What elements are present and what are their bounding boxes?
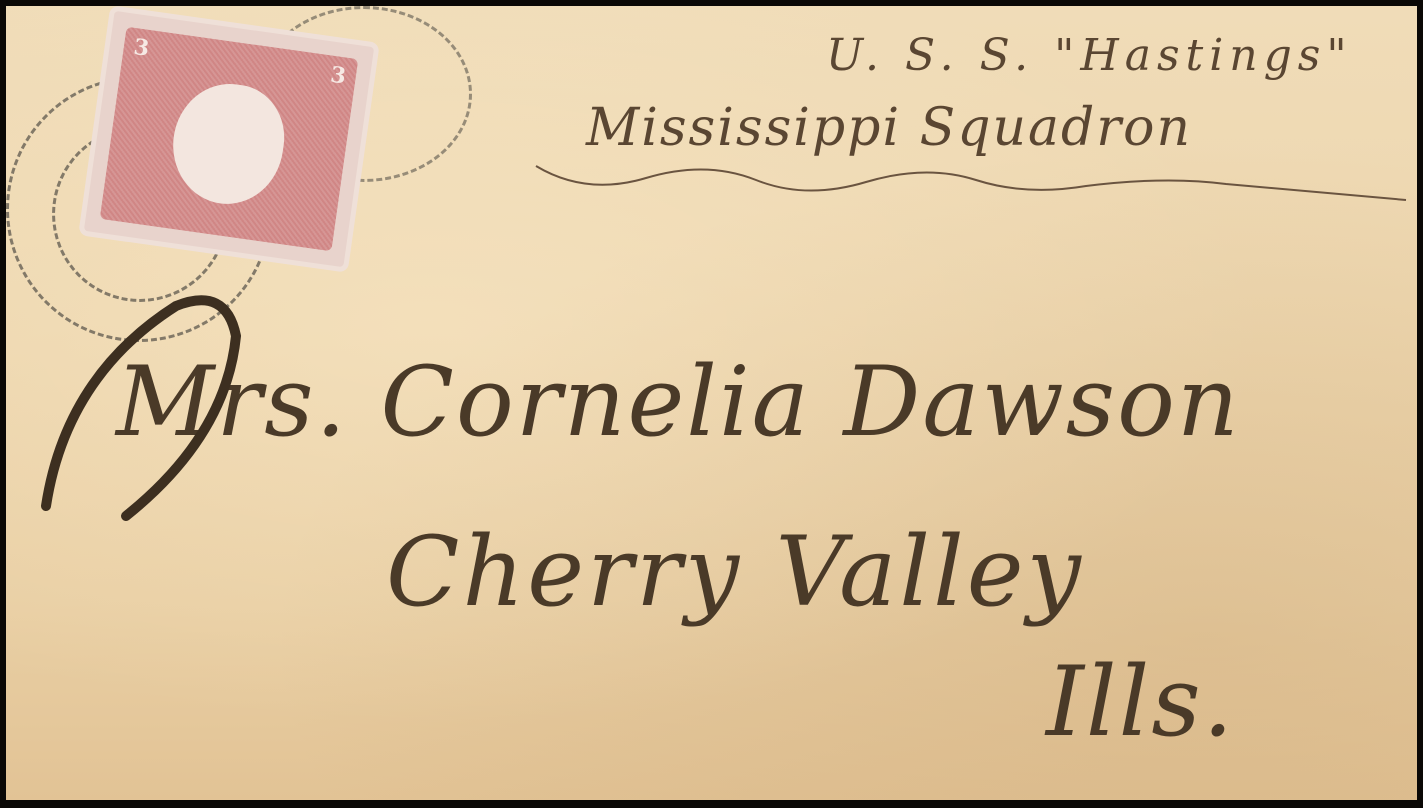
stamp-denomination-right: 3	[329, 62, 348, 90]
stamp-denomination-left: 3	[132, 34, 151, 62]
return-address-line2: Mississippi Squadron	[586, 98, 1192, 158]
recipient-city: Cherry Valley	[386, 516, 1084, 628]
stamp-portrait	[165, 77, 291, 211]
underline-flourish	[526, 156, 1417, 216]
envelope: 3 3 U. S. S. "Hastings" Mississippi Squa…	[6, 6, 1417, 800]
stamp-engraving: 3 3	[100, 27, 359, 252]
recipient-state: Ills.	[1046, 646, 1235, 758]
photo-frame: 3 3 U. S. S. "Hastings" Mississippi Squa…	[0, 0, 1423, 808]
letter-flourish	[26, 276, 286, 536]
postage-stamp: 3 3	[84, 11, 374, 267]
return-address-line1: U. S. S. "Hastings"	[826, 30, 1353, 81]
